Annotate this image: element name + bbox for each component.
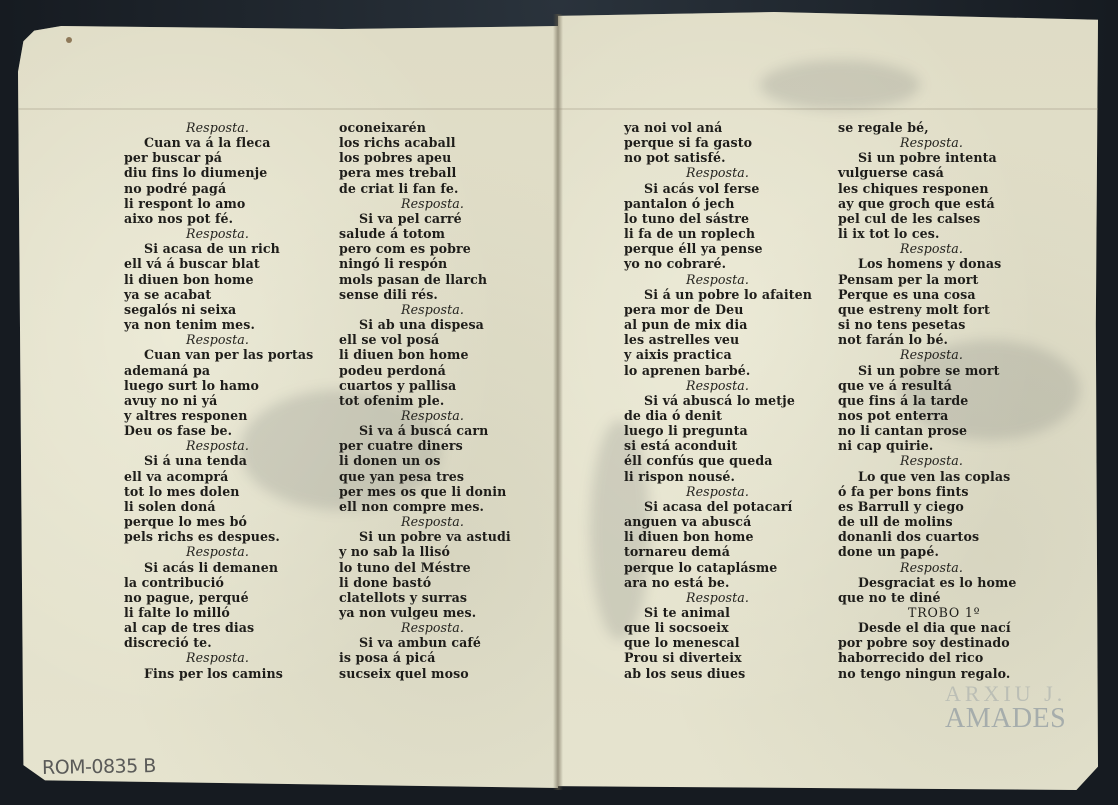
stamp-bottom-text: AMADES: [945, 705, 1066, 733]
verse-line: ni cap quirie.: [838, 438, 1017, 453]
verse-line: li ix tot lo ces.: [838, 226, 1017, 241]
verse-line: li diuen bon home: [124, 272, 313, 287]
verse-line: ningó li respón: [339, 256, 511, 271]
verse-line: Si va ambun café: [339, 635, 511, 650]
response-heading: Resposta.: [124, 120, 313, 135]
verse-line: Cuan va á la fleca: [124, 135, 313, 150]
handwritten-catalog-number: ROM-0835 B: [42, 755, 156, 779]
verse-line: perque éll ya pense: [624, 241, 812, 256]
verse-line: per buscar pá: [124, 150, 313, 165]
text-column-4: se regale bé,Resposta.Si un pobre intent…: [838, 120, 1017, 681]
verse-line: Si acás vol ferse: [624, 181, 812, 196]
verse-line: no podré pagá: [124, 181, 313, 196]
verse-line: ya se acabat: [124, 287, 313, 302]
verse-line: al pun de mix dia: [624, 317, 812, 332]
verse-line: éll confús que queda: [624, 453, 812, 468]
verse-line: ara no está be.: [624, 575, 812, 590]
verse-line: yo no cobraré.: [624, 256, 812, 271]
verse-line: Si un pobre se mort: [838, 363, 1017, 378]
verse-line: li respont lo amo: [124, 196, 313, 211]
text-column-3: ya noi vol anáperque si fa gastono pot s…: [624, 120, 812, 681]
verse-line: que li socsoeix: [624, 620, 812, 635]
verse-line: les astrelles veu: [624, 332, 812, 347]
response-heading: Resposta.: [838, 453, 1017, 468]
verse-line: ademaná pa: [124, 363, 313, 378]
response-heading: Resposta.: [624, 590, 812, 605]
verse-line: no tengo ningun regalo.: [838, 666, 1017, 681]
verse-line: al cap de tres dias: [124, 620, 313, 635]
verse-line: tot ofenim ple.: [339, 393, 511, 408]
verse-line: por pobre soy destinado: [838, 635, 1017, 650]
text-column-2: oconeixarénlos richs acaballlos pobres a…: [339, 120, 511, 681]
response-heading: Resposta.: [624, 484, 812, 499]
verse-line: ell se vol posá: [339, 332, 511, 347]
verse-line: Si á una tenda: [124, 453, 313, 468]
verse-line: perque lo mes bó: [124, 514, 313, 529]
verse-line: no pot satisfé.: [624, 150, 812, 165]
response-heading: Resposta.: [124, 650, 313, 665]
verse-line: aixo nos pot fé.: [124, 211, 313, 226]
verse-line: les chiques responen: [838, 181, 1017, 196]
paper-stain: [66, 37, 72, 43]
verse-line: pantalon ó jech: [624, 196, 812, 211]
verse-line: Perque es una cosa: [838, 287, 1017, 302]
verse-line: que no te diné: [838, 590, 1017, 605]
section-heading: TROBO 1º: [838, 605, 1017, 620]
verse-line: clatellots y surras: [339, 590, 511, 605]
verse-line: avuy no ni yá: [124, 393, 313, 408]
verse-line: que fins á la tarde: [838, 393, 1017, 408]
response-heading: Resposta.: [124, 544, 313, 559]
verse-line: Desgraciat es lo home: [838, 575, 1017, 590]
response-heading: Resposta.: [124, 332, 313, 347]
verse-line: li donen un os: [339, 453, 511, 468]
verse-line: lo aprenen barbé.: [624, 363, 812, 378]
verse-line: si no tens pesetas: [838, 317, 1017, 332]
verse-line: vulguerse casá: [838, 165, 1017, 180]
verse-line: Si va á buscá carn: [339, 423, 511, 438]
verse-line: ab los seus diues: [624, 666, 812, 681]
verse-line: lo tuno del Méstre: [339, 560, 511, 575]
verse-line: que ve á resultá: [838, 378, 1017, 393]
verse-line: anguen va abuscá: [624, 514, 812, 529]
verse-line: sucseix quel moso: [339, 666, 511, 681]
verse-line: Cuan van per las portas: [124, 347, 313, 362]
verse-line: segalós ni seixa: [124, 302, 313, 317]
text-column-1: Resposta.Cuan va á la flecaper buscar pá…: [124, 120, 313, 681]
response-heading: Resposta.: [624, 378, 812, 393]
verse-line: Si vá abuscá lo metje: [624, 393, 812, 408]
verse-line: Si te animal: [624, 605, 812, 620]
verse-line: tot lo mes dolen: [124, 484, 313, 499]
verse-line: done un papé.: [838, 544, 1017, 559]
verse-line: ell va acomprá: [124, 469, 313, 484]
verse-line: ya non tenim mes.: [124, 317, 313, 332]
response-heading: Resposta.: [838, 241, 1017, 256]
verse-line: li done bastó: [339, 575, 511, 590]
verse-line: li falte lo milló: [124, 605, 313, 620]
verse-line: Pensam per la mort: [838, 272, 1017, 287]
verse-line: Prou si diverteix: [624, 650, 812, 665]
verse-line: y no sab la llisó: [339, 544, 511, 559]
verse-line: donanli dos cuartos: [838, 529, 1017, 544]
verse-line: sense dili rés.: [339, 287, 511, 302]
verse-line: pera mor de Deu: [624, 302, 812, 317]
verse-line: ay que groch que está: [838, 196, 1017, 211]
verse-line: podeu perdoná: [339, 363, 511, 378]
verse-line: la contribució: [124, 575, 313, 590]
verse-line: not farán lo bé.: [838, 332, 1017, 347]
response-heading: Resposta.: [339, 408, 511, 423]
response-heading: Resposta.: [124, 226, 313, 241]
verse-line: Si ab una dispesa: [339, 317, 511, 332]
verse-line: que lo menescal: [624, 635, 812, 650]
verse-line: pero com es pobre: [339, 241, 511, 256]
verse-line: Desde el dia que nací: [838, 620, 1017, 635]
response-heading: Resposta.: [339, 620, 511, 635]
verse-line: si está aconduit: [624, 438, 812, 453]
verse-line: li rispon nousé.: [624, 469, 812, 484]
response-heading: Resposta.: [838, 560, 1017, 575]
verse-line: ya noi vol aná: [624, 120, 812, 135]
verse-line: los richs acaball: [339, 135, 511, 150]
verse-line: haborrecido del rico: [838, 650, 1017, 665]
verse-line: Si un pobre va astudi: [339, 529, 511, 544]
verse-line: luego li pregunta: [624, 423, 812, 438]
verse-line: per mes os que li donin: [339, 484, 511, 499]
response-heading: Resposta.: [624, 272, 812, 287]
response-heading: Resposta.: [838, 347, 1017, 362]
verse-line: los pobres apeu: [339, 150, 511, 165]
verse-line: ell non compre mes.: [339, 499, 511, 514]
verse-line: Si un pobre intenta: [838, 150, 1017, 165]
verse-line: li diuen bon home: [339, 347, 511, 362]
verse-line: y aixis practica: [624, 347, 812, 362]
top-crease: [18, 108, 1098, 110]
verse-line: diu fins lo diumenje: [124, 165, 313, 180]
response-heading: Resposta.: [838, 135, 1017, 150]
verse-line: que yan pesa tres: [339, 469, 511, 484]
verse-line: Si acasa de un rich: [124, 241, 313, 256]
response-heading: Resposta.: [124, 438, 313, 453]
verse-line: de ull de molins: [838, 514, 1017, 529]
response-heading: Resposta.: [339, 196, 511, 211]
verse-line: es Barrull y ciego: [838, 499, 1017, 514]
verse-line: Si á un pobre lo afaiten: [624, 287, 812, 302]
verse-line: cuartos y pallisa: [339, 378, 511, 393]
verse-line: salude á totom: [339, 226, 511, 241]
verse-line: pera mes treball: [339, 165, 511, 180]
bleed-through-smudge: [760, 60, 920, 110]
verse-line: Si acasa del potacarí: [624, 499, 812, 514]
verse-line: li diuen bon home: [624, 529, 812, 544]
verse-line: li solen doná: [124, 499, 313, 514]
verse-line: is posa á picá: [339, 650, 511, 665]
verse-line: Si va pel carré: [339, 211, 511, 226]
verse-line: Los homens y donas: [838, 256, 1017, 271]
verse-line: discreció te.: [124, 635, 313, 650]
verse-line: se regale bé,: [838, 120, 1017, 135]
page-fold-gutter: [553, 14, 563, 790]
verse-line: perque lo cataplásme: [624, 560, 812, 575]
verse-line: y altres responen: [124, 408, 313, 423]
response-heading: Resposta.: [624, 165, 812, 180]
verse-line: ó fa per bons fints: [838, 484, 1017, 499]
verse-line: per cuatre diners: [339, 438, 511, 453]
response-heading: Resposta.: [339, 302, 511, 317]
stamp-top-text: ARXIU J.: [945, 683, 1066, 705]
verse-line: de criat li fan fe.: [339, 181, 511, 196]
verse-line: li fa de un roplech: [624, 226, 812, 241]
verse-line: ell vá á buscar blat: [124, 256, 313, 271]
verse-line: que estreny molt fort: [838, 302, 1017, 317]
verse-line: no pague, perqué: [124, 590, 313, 605]
verse-line: lo tuno del sástre: [624, 211, 812, 226]
verse-line: perque si fa gasto: [624, 135, 812, 150]
verse-line: pel cul de les calses: [838, 211, 1017, 226]
verse-line: Lo que ven las coplas: [838, 469, 1017, 484]
verse-line: Deu os fase be.: [124, 423, 313, 438]
verse-line: Si acás li demanen: [124, 560, 313, 575]
verse-line: pels richs es despues.: [124, 529, 313, 544]
archive-stamp: ARXIU J. AMADES: [945, 683, 1066, 733]
verse-line: mols pasan de llarch: [339, 272, 511, 287]
verse-line: no li cantan prose: [838, 423, 1017, 438]
verse-line: de dia ó denit: [624, 408, 812, 423]
verse-line: tornareu demá: [624, 544, 812, 559]
verse-line: Fins per los camins: [124, 666, 313, 681]
response-heading: Resposta.: [339, 514, 511, 529]
verse-line: nos pot enterra: [838, 408, 1017, 423]
verse-line: ya non vulgeu mes.: [339, 605, 511, 620]
verse-line: oconeixarén: [339, 120, 511, 135]
verse-line: luego surt lo hamo: [124, 378, 313, 393]
